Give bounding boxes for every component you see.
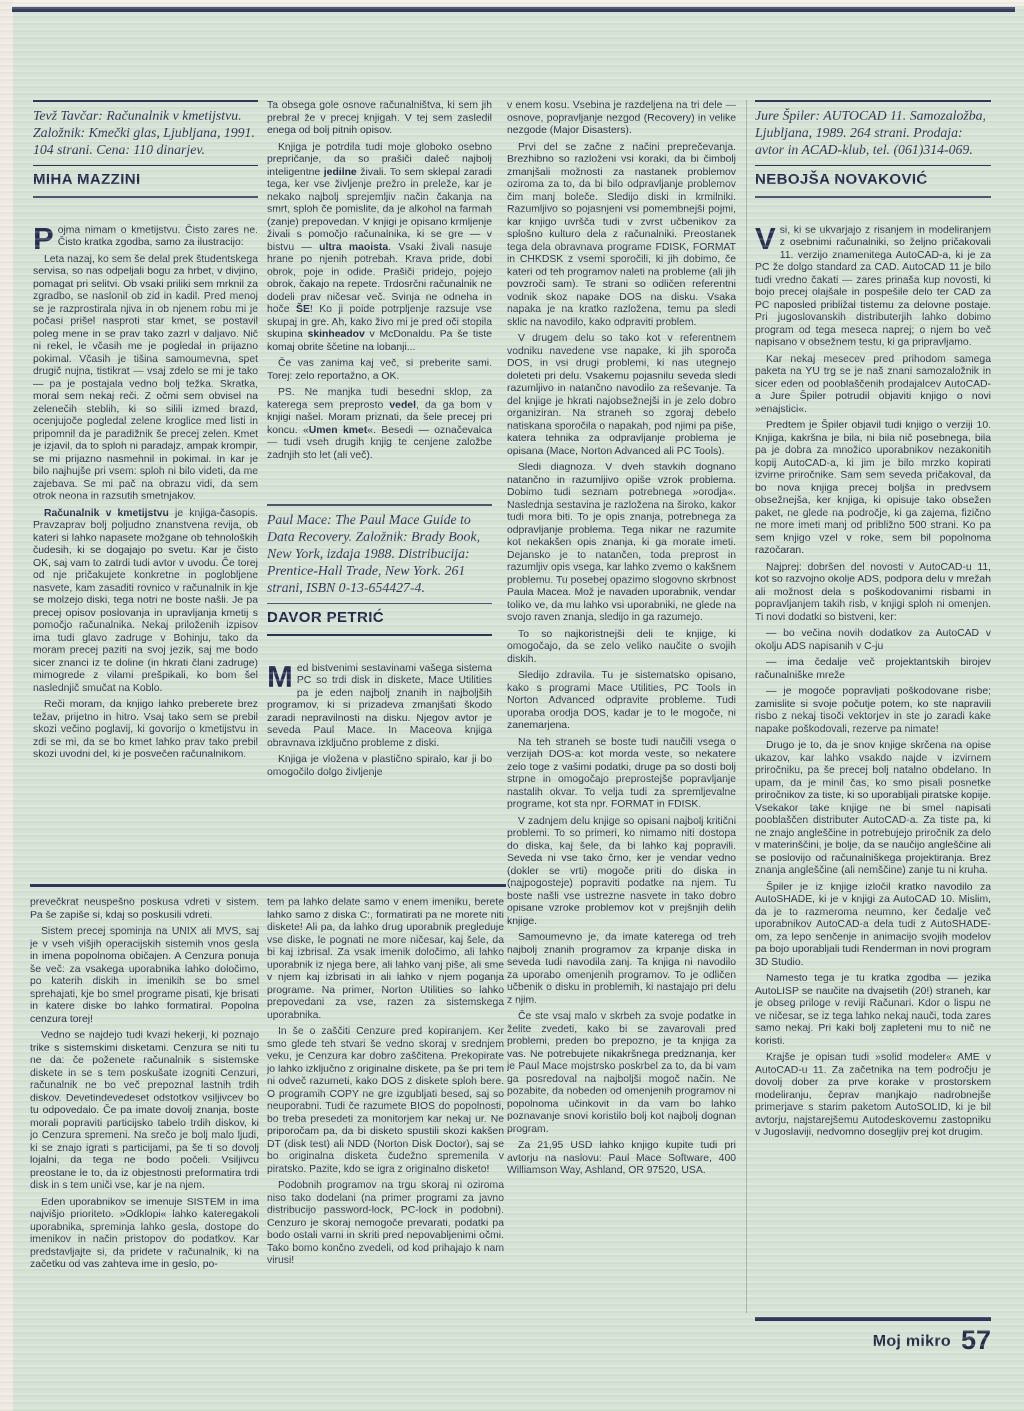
paragraph: Vedno se najdejo tudi kvazi hekerji, ki …: [30, 1030, 259, 1193]
column-divider-line: [746, 100, 747, 1313]
scan-edge-top: [0, 0, 1024, 6]
page-footer: Moj mikro57: [755, 1325, 991, 1356]
footer-rule: [755, 1317, 991, 1321]
rule: [33, 165, 258, 167]
paragraph: Špiler je iz knjige izločil kratko navod…: [755, 882, 991, 970]
column-4: Jure Špiler: AUTOCAD 11. Samozaložba, Lj…: [755, 100, 991, 1316]
book-info-block-mace: Paul Mace: The Paul Mace Guide to Data R…: [267, 504, 492, 636]
paragraph: To so najkoristnejši deli te knjige, ki …: [507, 629, 736, 667]
paragraph: v enem kosu. Vsebina je razdeljena na tr…: [507, 100, 736, 138]
article-text: Vsi, ki se ukvarjajo z risanjem in model…: [755, 225, 991, 1140]
paragraph: Leta nazaj, ko sem še delal prek študent…: [33, 254, 258, 504]
paragraph: PS. Ne manjka tudi besedni sklop, za kat…: [267, 387, 492, 462]
paragraph: V zadnjem delu knjige so opisani najbolj…: [507, 816, 736, 929]
paragraph: Računalnik v kmetijstvu je knjiga-časopi…: [33, 508, 258, 696]
rule: [755, 165, 991, 167]
review-author: MIHA MAZZINI: [33, 171, 258, 189]
paragraph: Če vas zanima kaj več, si preberite sami…: [267, 358, 492, 383]
paragraph: Sistem precej spominja na UNIX ali MVS, …: [30, 926, 259, 1026]
book-citation: Tevž Tavčar: Računalnik v kmetijstvu. Za…: [33, 107, 258, 158]
drop-cap: V: [755, 226, 776, 251]
article-text: Pojma nimam o kmetijstvu. Čisto zares ne…: [33, 225, 258, 762]
paragraph: Sledijo zdravila. Tu je sistematsko opis…: [507, 670, 736, 733]
paragraph: Knjiga je potrdila tudi moje globoko ose…: [267, 142, 492, 355]
paragraph: Pojma nimam o kmetijstvu. Čisto zares ne…: [33, 225, 258, 250]
book-info-block-kmetijstvu: Tevž Tavčar: Računalnik v kmetijstvu. Za…: [33, 100, 258, 198]
drop-cap: P: [33, 226, 54, 251]
article-text: v enem kosu. Vsebina je razdeljena na tr…: [507, 100, 736, 1178]
paragraph: Kar nekaj mesecev pred prihodom samega p…: [755, 354, 991, 417]
bottom-column-1: prevečkrat neuspešno poskusa vdreti v si…: [30, 897, 259, 1365]
paragraph: Podobnih programov na trgu skoraj ni ozi…: [267, 1180, 504, 1268]
paragraph: tem pa lahko delate samo v enem imeniku,…: [267, 897, 504, 1022]
paragraph: prevečkrat neuspešno poskusa vdreti v si…: [30, 897, 259, 922]
rule: [267, 603, 492, 605]
paragraph: Samoumevno je, da imate katerega od treh…: [507, 932, 736, 1007]
article-text: Med bistvenimi sestavinami vašega sistem…: [267, 663, 492, 780]
bottom-column-2: tem pa lahko delate samo v enem imeniku,…: [267, 897, 504, 1365]
article-text: Ta obsega gole osnove računalništva, ki …: [267, 100, 492, 462]
paragraph: V drugem delu so tako kot v referentnem …: [507, 333, 736, 458]
column-3: v enem kosu. Vsebina je razdeljena na tr…: [507, 100, 736, 1352]
paragraph: Drugo je to, da je snov knjige skrčena n…: [755, 740, 991, 878]
paragraph: Prvi del se začne z načini preprečevanja…: [507, 142, 736, 330]
magazine-page: Tevž Tavčar: Računalnik v kmetijstvu. Za…: [0, 0, 1024, 1411]
page-number: 57: [961, 1325, 991, 1355]
paragraph: Eden uporabnikov se imenuje SISTEM in im…: [30, 1197, 259, 1272]
review-author: DAVOR PETRIĆ: [267, 609, 492, 627]
rule: [33, 196, 258, 198]
rule: [33, 100, 258, 102]
paragraph: Knjiga je vložena v plastično spiralo, k…: [267, 754, 492, 779]
paragraph: Krajše je opisan tudi »solid modeler« AM…: [755, 1052, 991, 1140]
paragraph: Med bistvenimi sestavinami vašega sistem…: [267, 663, 492, 751]
paragraph: — je mogoče popravljati poškodovane risb…: [755, 686, 991, 736]
paragraph: — bo večina novih dodatkov za AutoCAD v …: [755, 628, 991, 653]
paragraph: Namesto tega je tu kratka zgodba — jezik…: [755, 973, 991, 1048]
paragraph: Če ste vsaj malo v skrbeh za svoje podat…: [507, 1011, 736, 1136]
paragraph: Ta obsega gole osnove računalništva, ki …: [267, 100, 492, 138]
book-info-block-autocad: Jure Špiler: AUTOCAD 11. Samozaložba, Lj…: [755, 100, 991, 198]
book-citation: Paul Mace: The Paul Mace Guide to Data R…: [267, 511, 492, 596]
rule: [755, 100, 991, 102]
rule: [755, 196, 991, 198]
paragraph: Za 21,95 USD lahko knjigo kupite tudi pr…: [507, 1140, 736, 1178]
column-2-top: Ta obsega gole osnove računalništva, ki …: [267, 100, 492, 883]
review-author: NEBOJŠA NOVAKOVIĆ: [755, 171, 991, 189]
rule: [267, 504, 492, 506]
paragraph: Sledi diagnoza. V dveh stavkih dognano n…: [507, 462, 736, 625]
paragraph: Reči moram, da knjigo lahko preberete br…: [33, 699, 258, 762]
magazine-title: Moj mikro: [873, 1333, 951, 1350]
paragraph: In še o zaščiti Cenzure pred kopiranjem.…: [267, 1026, 504, 1176]
paragraph: Najprej: dobršen del novosti v AutoCAD-u…: [755, 562, 991, 625]
book-citation: Jure Špiler: AUTOCAD 11. Samozaložba, Lj…: [755, 107, 991, 158]
paragraph: — ima čedalje več projektantskih birojev…: [755, 657, 991, 682]
drop-cap: M: [267, 664, 293, 689]
article-text: tem pa lahko delate samo v enem imeniku,…: [267, 897, 504, 1268]
paragraph: Vsi, ki se ukvarjajo z risanjem in model…: [755, 225, 991, 350]
column-1-top: Tevž Tavčar: Računalnik v kmetijstvu. Za…: [33, 100, 258, 883]
paragraph: Predtem je Špiler objavil tudi knjigo o …: [755, 420, 991, 558]
rule: [267, 634, 492, 636]
paragraph: Na teh straneh se boste tudi naučili vse…: [507, 737, 736, 812]
article-text: prevečkrat neuspešno poskusa vdreti v si…: [30, 897, 259, 1272]
section-divider-rule: [30, 884, 506, 887]
scan-edge-left: [0, 0, 13, 1411]
page-top-rule: [12, 7, 1015, 12]
